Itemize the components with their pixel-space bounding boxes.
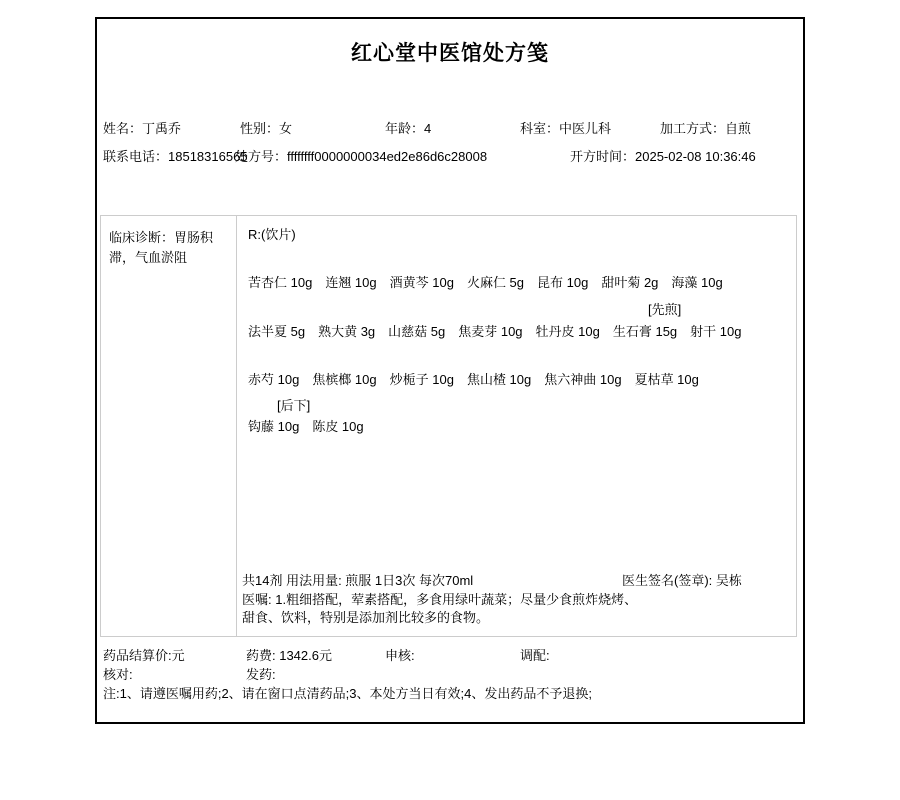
herb-item: 焦麦芽 10g (458, 324, 522, 339)
field-label: 开方时间： (570, 149, 635, 164)
doctor-signature: 医生签名(签章): 吴栋 (622, 573, 742, 589)
herb-item: 焦六神曲 10g (544, 372, 621, 387)
review-label: 申核: (385, 648, 415, 664)
field-value: ffffffff0000000034ed2e86d6c28008 (287, 149, 487, 164)
medicine-fee: 药费: 1342.6元 (246, 648, 332, 664)
prescription-number-field: 处方号：ffffffff0000000034ed2e86d6c28008 (235, 149, 487, 165)
rx-header: R:(饮片) (248, 227, 296, 243)
prescription-sheet: 红心堂中医馆处方笺 姓名：丁禹乔 性别：女 年龄：4 科室：中医儿科 加工方式：… (95, 17, 805, 724)
herb-item: 炒栀子 10g (390, 372, 454, 387)
herb-item: 钩藤 10g (248, 419, 299, 434)
clinical-diagnosis-label: 临床诊断： (109, 230, 174, 245)
herb-item: 夏枯草 10g (635, 372, 699, 387)
field-label: 加工方式： (660, 121, 725, 136)
herb-item: 焦山楂 10g (467, 372, 531, 387)
herb-line: 赤芍 10g焦槟榔 10g炒栀子 10g焦山楂 10g焦六神曲 10g夏枯草 1… (248, 372, 699, 388)
herb-item: 生石膏 15g (613, 324, 677, 339)
field-value: 自煎 (725, 121, 751, 136)
processing-method-field: 加工方式：自煎 (660, 121, 751, 137)
clinical-diagnosis: 临床诊断：胃肠积滞，气血淤阻 (109, 228, 229, 268)
herb-item: 陈皮 10g (312, 419, 363, 434)
field-label: 科室： (520, 121, 559, 136)
field-label: 性别： (240, 121, 279, 136)
field-value: 丁禹乔 (142, 121, 181, 136)
herb-line: 法半夏 5g熟大黄 3g山慈菇 5g焦麦芽 10g牡丹皮 10g生石膏 15g射… (248, 324, 741, 340)
herb-item: 法半夏 5g (248, 324, 305, 339)
dispensing-label: 调配: (520, 648, 550, 664)
patient-name-field: 姓名：丁禹乔 (103, 121, 181, 137)
settlement-price-label: 药品结算价:元 (103, 648, 185, 664)
diagnosis-cell: 临床诊断：胃肠积滞，气血淤阻 (101, 216, 237, 636)
add-later-annotation: [后下] (277, 398, 310, 414)
herb-line: 钩藤 10g陈皮 10g (248, 419, 364, 435)
field-value: 2025-02-08 10:36:46 (635, 149, 756, 164)
field-label: 年龄： (385, 121, 424, 136)
check-label: 核对: (103, 667, 133, 683)
field-label: 处方号： (235, 149, 287, 164)
field-label: 姓名： (103, 121, 142, 136)
prescription-time-field: 开方时间：2025-02-08 10:36:46 (570, 149, 756, 165)
field-value: 中医儿科 (559, 121, 611, 136)
herb-item: 山慈菇 5g (388, 324, 445, 339)
medical-advice: 医嘱: 1.粗细搭配，荤素搭配，多食用绿叶蔬菜；尽量少食煎炸烧烤、甜食、饮料，特… (242, 591, 646, 627)
sheet-title: 红心堂中医馆处方笺 (97, 37, 803, 67)
herb-item: 赤芍 10g (248, 372, 299, 387)
phone-field: 联系电话：18518316565 (103, 149, 248, 165)
patient-gender-field: 性别：女 (240, 121, 292, 137)
decoct-first-annotation: [先煎] (648, 302, 681, 318)
herb-line: 苦杏仁 10g连翘 10g酒黄芩 10g火麻仁 5g昆布 10g甜叶菊 2g海藻… (248, 275, 723, 291)
patient-age-field: 年龄：4 (385, 121, 431, 137)
field-value: 女 (279, 121, 292, 136)
department-field: 科室：中医儿科 (520, 121, 611, 137)
herb-item: 牡丹皮 10g (536, 324, 600, 339)
herb-item: 射干 10g (690, 324, 741, 339)
dosage-usage-line: 共14剂 用法用量: 煎服 1日3次 每次70ml (242, 573, 473, 589)
herb-item: 火麻仁 5g (467, 275, 524, 290)
field-label: 联系电话： (103, 149, 168, 164)
footer-note: 注:1、请遵医嘱用药;2、请在窗口点清药品;3、本处方当日有效;4、发出药品不予… (103, 686, 592, 702)
herb-item: 昆布 10g (537, 275, 588, 290)
herb-item: 苦杏仁 10g (248, 275, 312, 290)
herb-item: 熟大黄 3g (318, 324, 375, 339)
prescription-table: 临床诊断：胃肠积滞，气血淤阻 R:(饮片) 苦杏仁 10g连翘 10g酒黄芩 1… (100, 215, 797, 637)
herb-item: 酒黄芩 10g (390, 275, 454, 290)
herb-item: 连翘 10g (325, 275, 376, 290)
herb-item: 焦槟榔 10g (312, 372, 376, 387)
herb-item: 海藻 10g (671, 275, 722, 290)
herb-item: 甜叶菊 2g (601, 275, 658, 290)
field-value: 4 (424, 121, 431, 136)
issue-label: 发药: (246, 667, 276, 683)
